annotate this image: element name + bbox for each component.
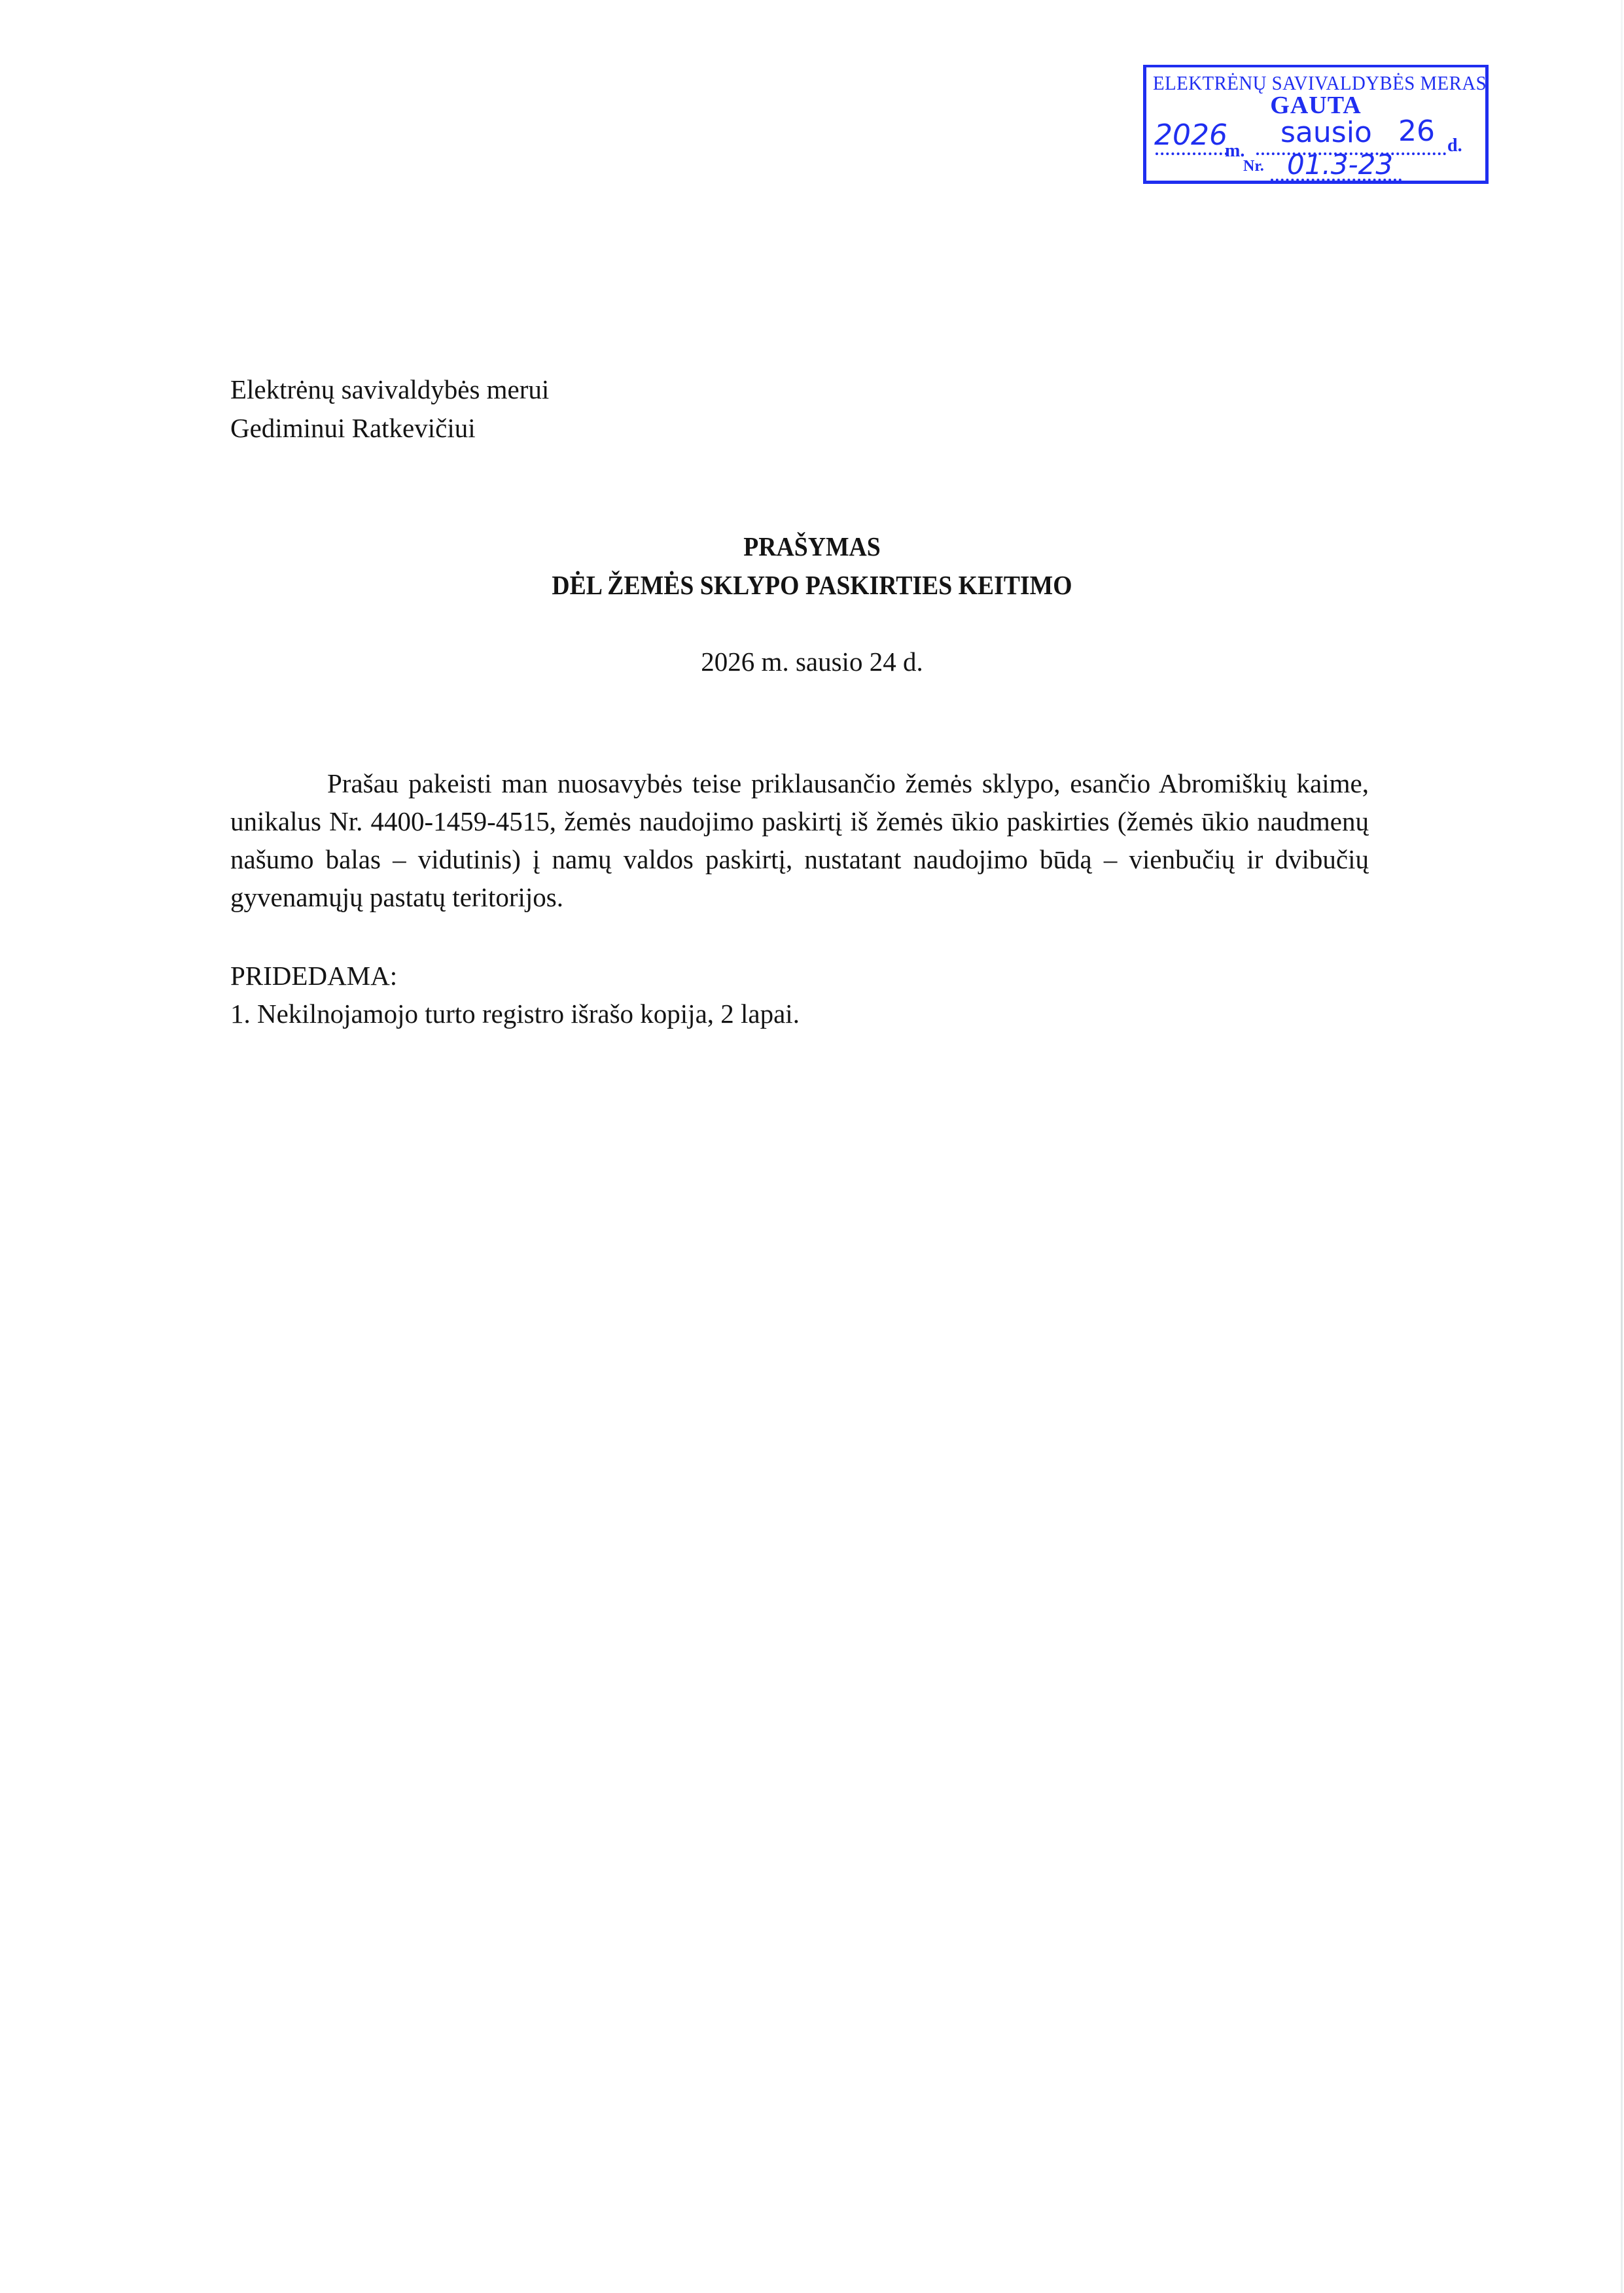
- document-date: 2026 m. sausio 24 d.: [0, 643, 1624, 681]
- scanner-edge-line: [1621, 0, 1623, 2293]
- stamp-number-label: Nr.: [1243, 158, 1264, 175]
- document-title-block: PRAŠYMAS DĖL ŽEMĖS SKLYPO PASKIRTIES KEI…: [65, 527, 1559, 605]
- request-body-paragraph: Prašau pakeisti man nuosavybės teise pri…: [230, 764, 1369, 916]
- stamp-month: sausio: [1280, 116, 1372, 149]
- stamp-day-suffix: d.: [1447, 135, 1462, 156]
- addressee-line-2: Gediminui Ratkevičiui: [230, 409, 549, 448]
- stamp-dotted-line: [1156, 152, 1227, 155]
- document-title: PRAŠYMAS: [65, 527, 1559, 566]
- attachment-item: 1. Nekilnojamojo turto registro išrašo k…: [230, 995, 800, 1033]
- stamp-dotted-line: [1271, 179, 1402, 181]
- addressee-line-1: Elektrėnų savivaldybės merui: [230, 370, 549, 409]
- document-subtitle: DĖL ŽEMĖS SKLYPO PASKIRTIES KEITIMO: [65, 566, 1559, 605]
- attachments-heading: PRIDEDAMA:: [230, 957, 800, 995]
- stamp-year: 2026: [1154, 118, 1227, 152]
- registration-stamp: ELEKTRĖNŲ SAVIVALDYBĖS MERAS GAUTA 2026 …: [1143, 65, 1489, 184]
- addressee-block: Elektrėnų savivaldybės merui Gediminui R…: [230, 370, 549, 448]
- stamp-year-suffix: m.: [1225, 141, 1244, 162]
- attachments-block: PRIDEDAMA: 1. Nekilnojamojo turto regist…: [230, 957, 800, 1033]
- stamp-day: 26: [1398, 115, 1435, 148]
- stamp-number: 01.3-23: [1287, 149, 1393, 181]
